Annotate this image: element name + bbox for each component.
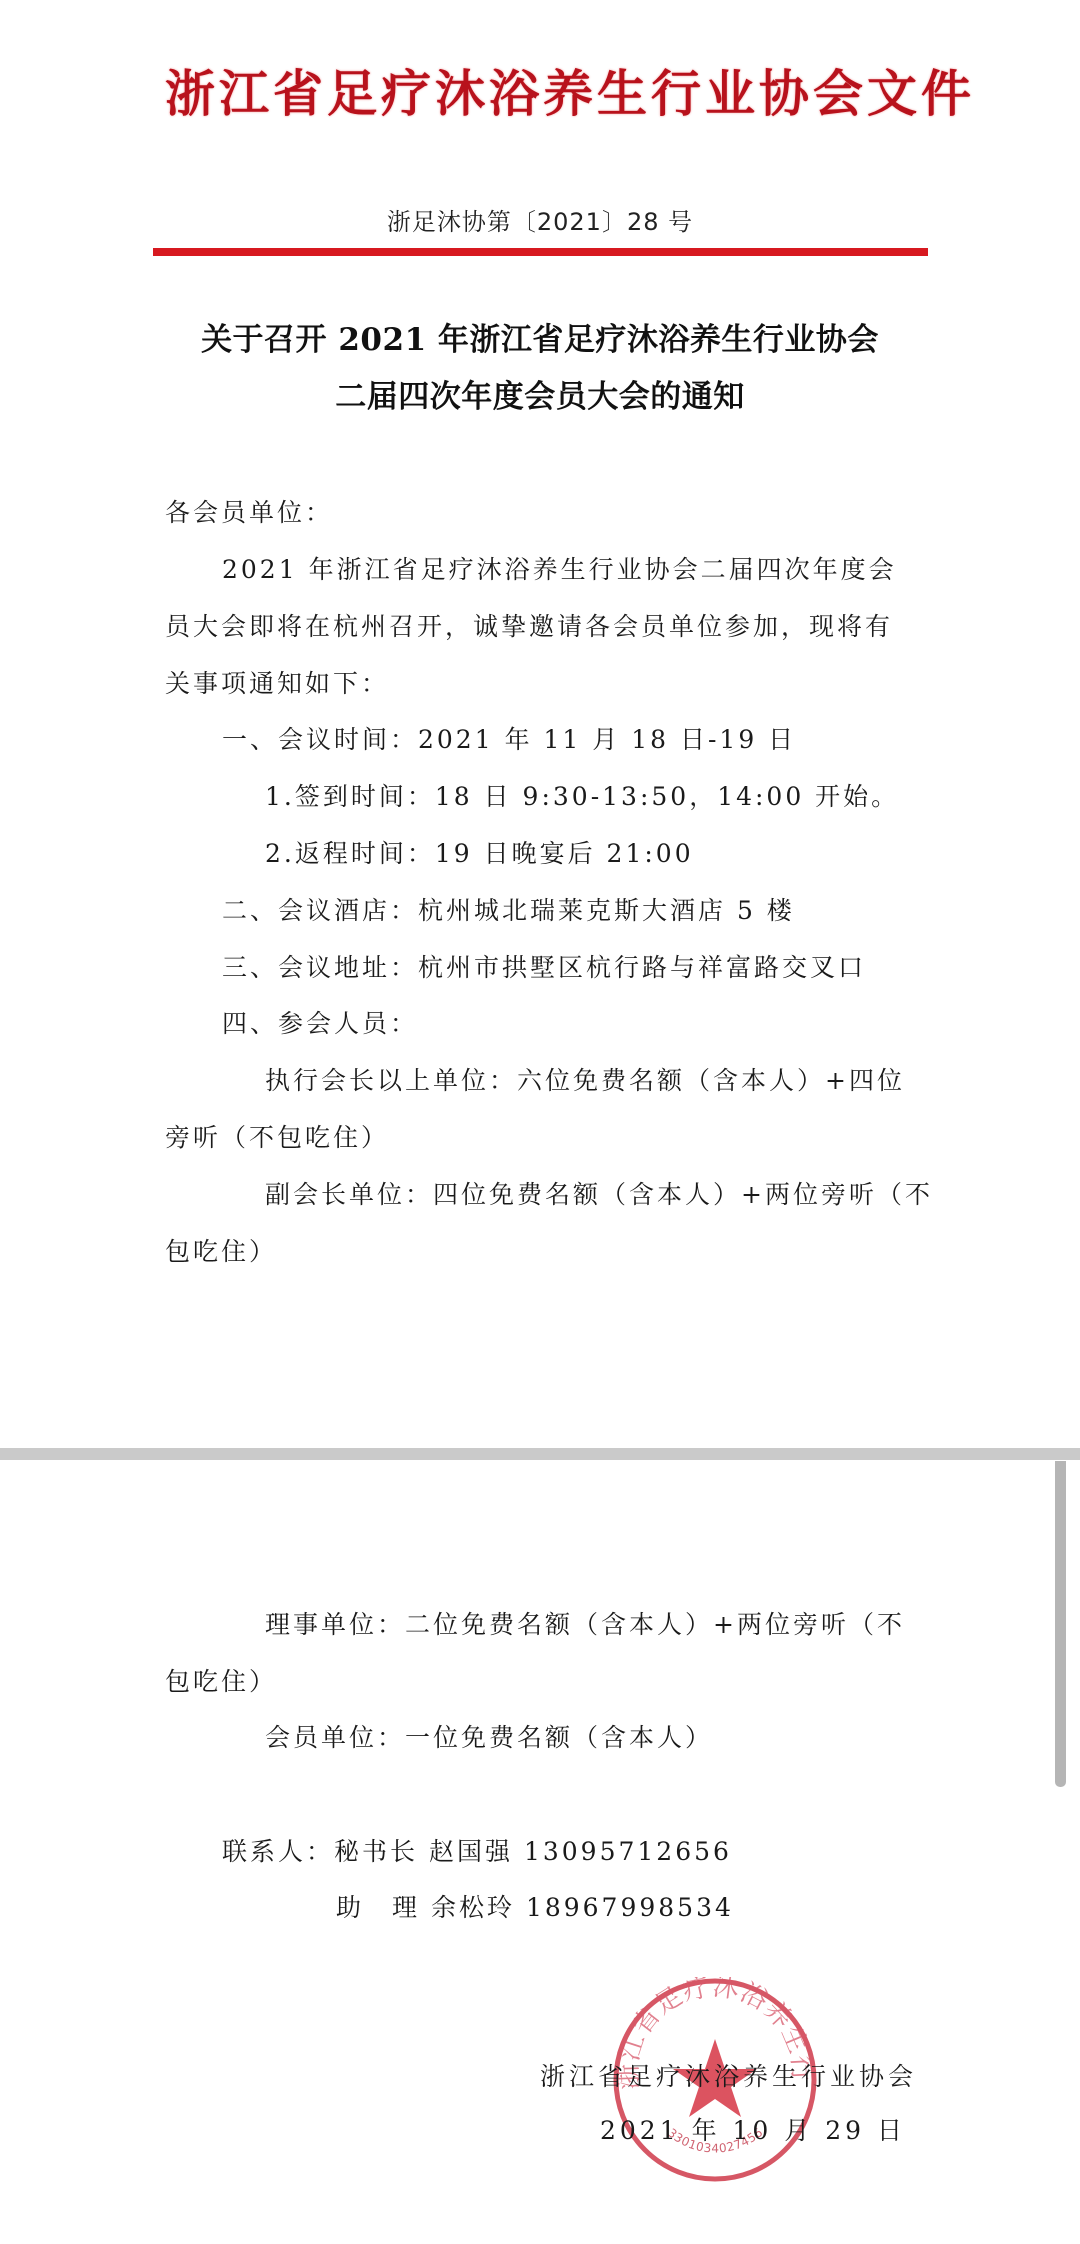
page-separator <box>0 1448 1080 1460</box>
attendee-rule-executive-line-2: 旁听（不包吃住） <box>165 1120 389 1156</box>
intro-line-3: 关事项通知如下： <box>165 666 389 702</box>
vertical-scrollbar[interactable] <box>1055 1461 1066 1787</box>
attendee-rule-director-line-2: 包吃住） <box>165 1664 277 1700</box>
document-header-title: 浙江省足疗沐浴养生行业协会文件 <box>165 58 925 130</box>
item-return-time: 2.返程时间：19 日晚宴后 21:00 <box>265 836 694 872</box>
contact-secondary: 助 理 余松玲 18967998534 <box>336 1890 734 1926</box>
contact-secondary-phone: 18967998534 <box>526 1893 734 1922</box>
item-meeting-hotel: 二、会议酒店：杭州城北瑞莱克斯大酒店 5 楼 <box>222 893 795 929</box>
contact-primary: 联系人：秘书长 赵国强 13095712656 <box>222 1834 732 1870</box>
intro-line-2: 员大会即将在杭州召开，诚挚邀请各会员单位参加，现将有 <box>165 609 893 645</box>
contact-primary-role: 秘书长 <box>334 1837 418 1866</box>
item-meeting-time: 一、会议时间：2021 年 11 月 18 日-19 日 <box>222 722 796 758</box>
attendee-rule-executive-line-1: 执行会长以上单位：六位免费名额（含本人）+四位 <box>265 1063 905 1099</box>
item-meeting-address: 三、会议地址：杭州市拱墅区杭行路与祥富路交叉口 <box>222 950 866 986</box>
item-attendees: 四、参会人员： <box>222 1006 418 1042</box>
contact-label: 联系人： <box>222 1837 334 1866</box>
attendee-rule-director-line-1: 理事单位：二位免费名额（含本人）+两位旁听（不 <box>265 1607 905 1643</box>
notice-heading-line-2: 二届四次年度会员大会的通知 <box>0 377 1080 417</box>
document-number: 浙足沐协第〔2021〕28 号 <box>0 204 1080 240</box>
contact-primary-name: 赵国强 <box>429 1837 513 1866</box>
contact-primary-phone: 13095712656 <box>524 1837 732 1866</box>
signature-organization: 浙江省足疗沐浴养生行业协会 <box>540 2059 917 2095</box>
intro-line-1: 2021 年浙江省足疗沐浴养生行业协会二届四次年度会 <box>222 552 897 588</box>
contact-secondary-name: 余松玲 <box>431 1893 515 1922</box>
salutation: 各会员单位： <box>165 495 333 531</box>
attendee-rule-vice-president-line-1: 副会长单位：四位免费名额（含本人）+两位旁听（不 <box>265 1177 933 1213</box>
header-red-rule <box>153 248 928 256</box>
contact-secondary-role: 助 理 <box>336 1893 420 1922</box>
attendee-rule-vice-president-line-2: 包吃住） <box>165 1234 277 1270</box>
item-checkin-time: 1.签到时间：18 日 9:30-13:50，14:00 开始。 <box>265 779 899 815</box>
signature-date: 2021 年 10 月 29 日 <box>600 2113 906 2149</box>
notice-heading-line-1: 关于召开 2021 年浙江省足疗沐浴养生行业协会 <box>0 320 1080 360</box>
attendee-rule-member-line-1: 会员单位：一位免费名额（含本人） <box>265 1720 713 1756</box>
